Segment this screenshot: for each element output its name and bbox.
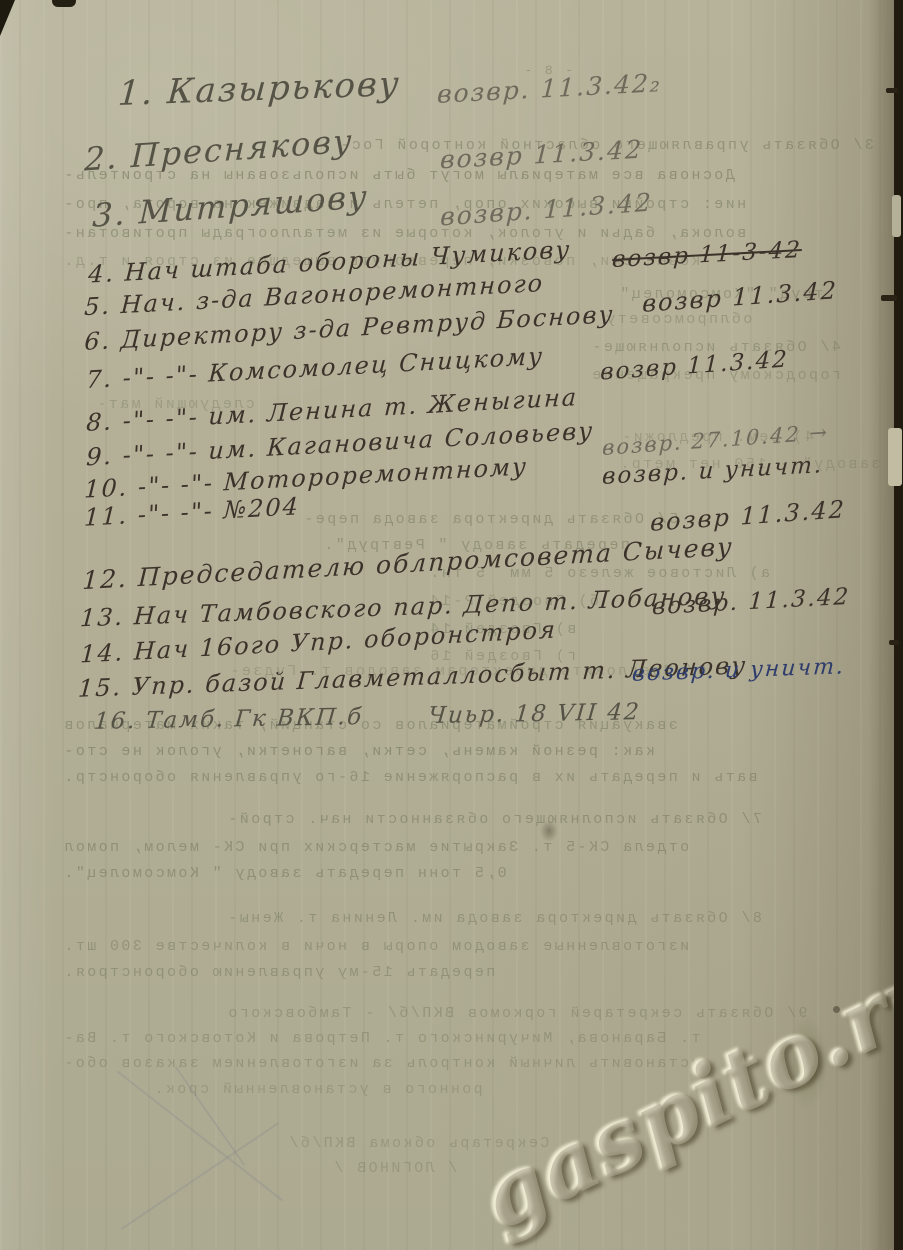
edge-tear [888,428,902,486]
edge-tear [892,195,901,237]
verso-typed-line: отдела СК-5 т. Закрытие мастерских при С… [62,840,689,855]
edge-spike [886,88,898,93]
verso-typed-line: как: резной камень, сетки, вагонетки, уг… [62,744,655,759]
handwritten-entry-3: 3. Митряшову [92,180,369,231]
verso-typed-line: установить личный контроль за изготовлен… [62,1056,700,1071]
edge-spike [881,295,897,301]
edge-blob [52,0,76,7]
document-scan: - 8 - 3/ Обязать управляющего областной … [0,0,903,1250]
entry-15-annotation: возвр. и уничт. [631,656,845,686]
pencil-flourish [121,1122,280,1230]
watermark: gaspito.ru [466,935,903,1250]
verso-signature-name: / ЛОГИНОВ / [332,1161,457,1176]
verso-typed-line: вать и передать их в распоряжение 16-го … [62,770,758,785]
handwritten-entry-1: 1. Казырькову [117,67,402,111]
verso-typed-line: 8/ Обязать директора завода им. Ленина т… [226,911,762,926]
verso-typed-line: 5/ Обязать директора завода пере- [302,512,678,527]
entry-1-annotation: возвр. 11.3.42₂ [436,70,662,107]
edge-spike [889,640,899,645]
verso-typed-line: 0,5 тонн передать заводу " Комсомолец". [62,866,507,881]
entry-4-annotation-struck: возвр 11-3-42 [612,239,803,272]
page-edge [894,0,903,1250]
verso-typed-line: т. Баранова, Мичуринского т. Петрова и К… [62,1031,700,1046]
entry-11-annotation: возвр 11.3.42 [650,497,846,535]
verso-typed-line: 7/ Обязать исполняющего обязанности нач.… [226,812,762,827]
verso-typed-line: ронного в установленный срок. [152,1082,483,1097]
verso-typed-line: передать 15-му управлению оборонстроя. [62,965,495,980]
corner-notch [0,0,15,36]
page-edge-shadow [868,0,894,1250]
entry-5-annotation: возвр 11.3.42 [642,278,838,316]
verso-typed-line: изготовленные заводом опоры в ночи в кол… [62,939,689,954]
verso-typed-line: 9/ Обязать секретарей горкомов ВКП/б/ - … [226,1006,807,1021]
